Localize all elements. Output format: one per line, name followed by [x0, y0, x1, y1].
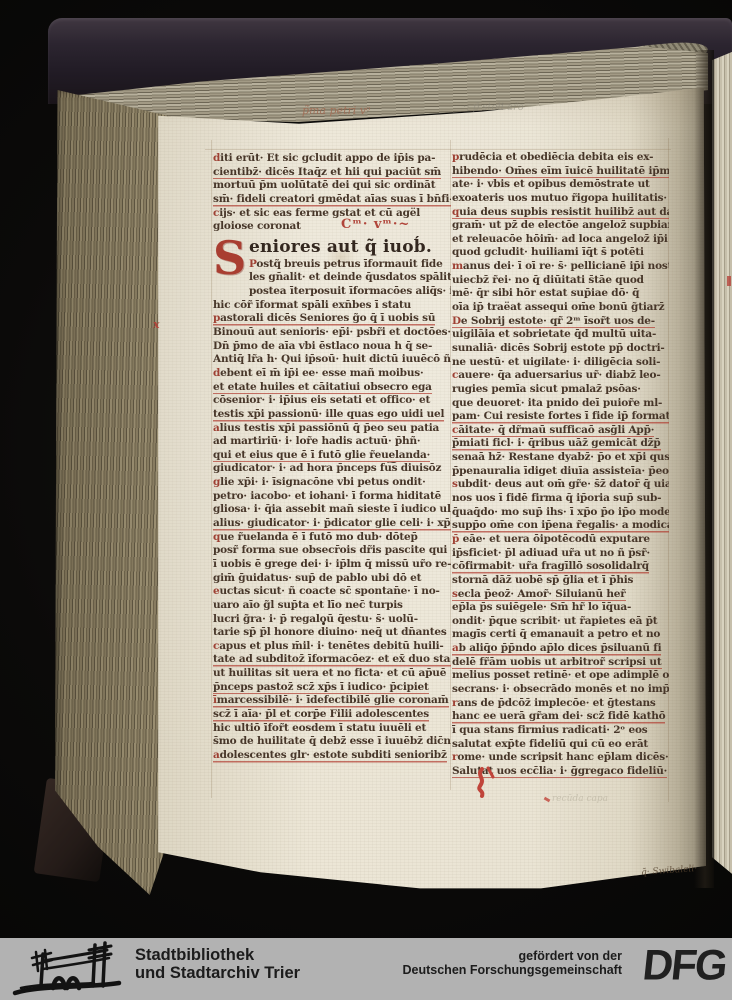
library-name: Stadtbibliothek und Stadtarchiv Trier — [135, 946, 300, 982]
manuscript-text-line: cauere· q̄a aduersarius ur̃· diabz̄ leo- — [452, 369, 669, 383]
manuscript-text-line: hic cōr̃ īformat spāli exn̄bes ī statu — [213, 299, 451, 313]
ink-speck — [656, 932, 660, 936]
manuscript-text-line: scz̄ ī aīa· p̄l et corp̄e Filii adolesce… — [213, 708, 451, 722]
manuscript-text-line: tarie sp̄ p̄l honore diuino· neq̄ ut dn̄… — [213, 626, 451, 640]
manuscript-text-line: petro· iacobo· et ioh̄ani· ī forma h̄idi… — [213, 490, 451, 504]
ruling-line-vertical — [211, 140, 212, 798]
manuscript-text-line: p̄miati ficl· i· q̄ribus uāz̄ gemicāt̄ d… — [452, 437, 669, 451]
manuscript-text-line: adolescentes gl̄r· estote subditi senior… — [213, 749, 451, 763]
showthrough-annotation: ·: p̃ stoli ar̃o — [463, 102, 524, 113]
manuscript-text-line: cōfirmabit̄· ur̃a fragīllō sosolidalrq̄ — [452, 560, 669, 574]
manuscript-text-line: mē· q̄r sibi hōr estat sup̄iae dō· q̄ — [452, 287, 669, 301]
manuscript-text-line: diti erūt· Et sic gcludit appo de ip̄is … — [213, 152, 451, 166]
manuscript-text-line: tate ad subditoz̄ īformacōez· et ex̄ duo… — [213, 653, 451, 667]
red-flourish-mark — [472, 766, 518, 804]
manuscript-text-line: gl̄ie xp̄i· i· īsignacōne vbi petus ondi… — [213, 476, 451, 490]
funding-credit: gefördert von der Deutschen Forschungsge… — [403, 950, 623, 977]
manuscript-text-line: mortuū p̄m uolūtatē dei qui sic ordināt — [213, 179, 451, 193]
manuscript-text-line: cōsenior· i· ip̄ius eis setati et offico… — [213, 394, 451, 408]
manuscript-text-line: et etate h̄uiles et cāitatiui obsecro eg… — [213, 381, 451, 395]
manuscript-text-line: pam· Cui resiste fortes ī fide ip̄ forma… — [452, 410, 669, 424]
funding-credit-line1: gefördert von der — [403, 950, 623, 964]
manuscript-text-line: oīa ip̄ traëat assequi om̄e bonū g̃tiarz… — [452, 301, 669, 315]
manuscript-text-line: uaro aīo g̃l sup̄ta et līo nec̄ turpis — [213, 599, 451, 613]
header-annotation: p̃ma petri vᵒ — [302, 104, 370, 117]
manuscript-text-line: rome· unde scripsit hanc ep̄lam dicēs· — [452, 751, 669, 765]
manuscript-text-line: gl̄iosa· i· q̄ia assebit man̄ sieste ī i… — [213, 503, 451, 517]
manuscript-text-line: rans de p̄dcōz̄ implecōe· et ḡtestans — [452, 697, 669, 711]
manuscript-text-line: posr̃ forma sue obsecr̄ois dr̃is pascite… — [213, 544, 451, 558]
library-name-line2: und Stadtarchiv Trier — [135, 964, 300, 982]
left-column-body: S eniores aut q̃ iuob́. Postq̃ breuis pe… — [213, 236, 451, 763]
manuscript-text-line: uigilāia et sobrietate q̄d multū uita- — [452, 328, 669, 342]
manuscript-text-line: capus et plus m̄il· i· tenētes debitū h̄… — [213, 640, 451, 654]
manuscript-text-line: ī qua stans firmius radicati· 2ᵒ eos — [452, 724, 669, 738]
manuscript-text-line: les gn̄alit· et deinde q̄usdatos spālit … — [249, 271, 451, 285]
manuscript-text-line: pastorali dicēs Seniores g̃o q̄ ī uobis … — [213, 312, 451, 326]
manuscript-text-line: hic ultiō īfor̃t eosdem ī statu iuuēli e… — [213, 722, 451, 736]
manuscript-text-line: magīs certi q̄ emanauit̄ a petro et no — [452, 628, 669, 642]
left-column-lines: Postq̃ breuis petrus īformauit fideles g… — [213, 258, 451, 763]
manuscript-text-line: gim̄ ḡuidatus· sup̄ de pab́lo ubi dō et — [213, 572, 451, 586]
decorated-initial: S — [213, 236, 249, 286]
manuscript-text-line: testis xp̄i passionū· ille quas ego uidi… — [213, 408, 451, 422]
book-gutter-shadow — [694, 50, 714, 888]
chapter-rubric: Cᵐ· vᵐ·~ — [341, 218, 410, 232]
manuscript-photo-viewer: p̃ma petri vᵒ ·: p̃ stoli ar̃o x q̃· Swi… — [0, 0, 732, 1000]
manuscript-text-line: supp̄o om̄e con ip̄ena r̃egalis· a modic… — [452, 519, 669, 533]
stadtbibliothek-trier-logo-icon — [12, 939, 124, 999]
manuscript-text-line: ate· i· vbis et opibus demōstrate ut — [452, 178, 669, 192]
manuscript-text-line: stornā dāz̄ uobē sp̄ ḡlia et ī p̄his — [452, 574, 669, 588]
manuscript-text-line: ne uestū· et uigilate· i· diligēcia soli… — [452, 356, 669, 370]
manuscript-text-line: que r̃uelanda ē ī futō mo dub̄· dōtep̄ — [213, 531, 451, 545]
left-column-intro: diti erūt· Et sic gcludit appo de ip̄is … — [213, 152, 451, 234]
manuscript-text-line: cientibz̄· dicēs Itaq̄z et hii qui paciū… — [213, 166, 451, 180]
manuscript-text-line: prudēcia et obediēcia debita eis ex- — [452, 151, 669, 165]
manuscript-text-line: gram̄· ut pz̄ de electōe angeloz̄ supbia… — [452, 219, 669, 233]
manuscript-text-line: postea īterposuit īformacōes aliq̄s· id̄… — [249, 285, 451, 299]
manuscript-text-line: hanc ee uerā gr̃am dei· scz̄ fidē kathō — [452, 710, 669, 724]
manuscript-text-line: giudicator· i· ad hora p̄nceps fu͠s diui… — [213, 462, 451, 476]
manuscript-text-line: qui et eius que ē ī futō gl̄ie r̃eueland… — [213, 449, 451, 463]
manuscript-text-line: p̄ eāe· et uera ōipotēcodū exputare — [452, 533, 669, 547]
manuscript-text-line: delē fr̃ām uobis ut arbitror̃ scripsi ut — [452, 656, 669, 670]
manuscript-text-line: Antiq̄ lr̃a h̄· Qui ip̄soū· h̄uit dictū … — [213, 353, 451, 367]
manuscript-text-line: ip̄sficiet̄· p̄l adiuad ur̃a ut no ñ p̄s… — [452, 547, 669, 561]
manuscript-text-line: p̄nceps pastoz̄ scz̄ xp̄s ī iudico· p̄ci… — [213, 681, 451, 695]
manuscript-text-line: salutat exp̄te fideliū qui cū eo erāt̄ — [452, 738, 669, 752]
left-text-column: diti erūt· Et sic gcludit appo de ip̄is … — [213, 152, 451, 763]
manuscript-text-line: hibendo· Om̄es eīm īuicē h̄uilitatē ip̄m… — [452, 165, 669, 179]
manuscript-text-line: rugies pemīa sicut pmalaz̄ psōas· — [452, 383, 669, 397]
footer-banner: Stadtbibliothek und Stadtarchiv Trier ge… — [0, 938, 732, 1000]
manuscript-text-line: et releuacōe hōim̄· ad loca angeloz̄ ip̄… — [452, 233, 669, 247]
manuscript-text-line: manus dei· ī oī re· s̄· pellicianē ip̄i … — [452, 260, 669, 274]
manuscript-text-line: ī uobis ē grege dei· i· ip̄lm q̄ missū u… — [213, 558, 451, 572]
manuscript-text-line: ab aliq̄o p̄p̄ndo ap̄lo dices p̄siluanū … — [452, 642, 669, 656]
manuscript-text-line: debent eī m̄ ip̄i ee· esse mañ moibus· — [213, 367, 451, 381]
manuscript-text-line: Binouū aut senioris· ep̄i· psbr̃i et doc… — [213, 326, 451, 340]
manuscript-text-line: exoateris uos mutuo r̃igopa h̄uilitatis· — [452, 192, 669, 206]
manuscript-text-line: sm̄· fideli creatori gmēdat aīas suas ī … — [213, 193, 451, 207]
manuscript-text-line: De Sobrij estote· qr̃ 2ᵐ īsor̃t uos de- — [452, 315, 669, 329]
dfg-logo: DFG — [641, 941, 729, 990]
right-text-column: prudēcia et obediēcia debita eis ex-hibe… — [452, 151, 669, 778]
manuscript-text-line: Dn̄ p̄mo de aīa vbi ēstlaco noua h̄ q̄ s… — [213, 340, 451, 354]
manuscript-text-line: nos uos ī fidē firma q̄ ip̄oria sup̄ sub… — [452, 492, 669, 506]
manuscript-text-line: ondit· p̄que scribit· ut r̃apietes eā p̄… — [452, 615, 669, 629]
manuscript-text-line: subdit· deus aut om̄ gr̃e· s̄z̄ dator̄ q… — [452, 478, 669, 492]
manuscript-text-line: lucri g̃ra· i· p̄ regaloū q̄estu· s̄· uo… — [213, 613, 451, 627]
manuscript-text-line: ep̄la p̄s suiēgele· S̄m̄ hr̃ lo īq̄ua- — [452, 601, 669, 615]
showthrough-footer-note: recūda capa — [552, 794, 608, 804]
manuscript-text-line: uiecbz̄ r̃ei· no q̄ diūitati s̄tāe quod — [452, 274, 669, 288]
manuscript-text-line: alius testis xp̄i passiōnū q̄ p̄eo seu p… — [213, 422, 451, 436]
manuscript-text-line: melius posset̄ retinē· et ope adimplē ob… — [452, 669, 669, 683]
ruling-line-horizontal — [205, 149, 671, 150]
manuscript-text-line: īmarcessibilē· i· īdefectibilē gl̄ie cor… — [213, 694, 451, 708]
manuscript-text-line: q̄uaq̄do· mo sup̄ ihs· ī xp̄o p̄o ip̄o m… — [452, 506, 669, 520]
manuscript-text-line: ad martiriū· i· lor̃e h̄adis actuū· p̄hñ… — [213, 435, 451, 449]
manuscript-text-line: que deuoret· ita pnido deī puior̃e ml̄- — [452, 397, 669, 411]
manuscript-text-line: alius· giudicator· i· p̄dicator gl̄ie ce… — [213, 517, 451, 531]
manuscript-text-line: gloiose coronat — [213, 220, 451, 234]
facing-page-edge — [712, 52, 732, 882]
manuscript-text-line: senaā h̄z̄· Restane dyabz̄· p̄o et xp̄i … — [452, 451, 669, 465]
manuscript-text-line: p̄penauralia īdiget̄ diuīa assisteīa· p̄… — [452, 465, 669, 479]
margin-mark: x — [153, 318, 160, 331]
manuscript-text-line: euctas sicut· ñ coacte sc̄ spontan̄e· ī … — [213, 585, 451, 599]
manuscript-text-line: quod gcludit· h̄uiliami īq̄t s̄ potēti — [452, 246, 669, 260]
right-column-lines: prudēcia et obediēcia debita eis ex-hibe… — [452, 151, 669, 778]
library-name-line1: Stadtbibliothek — [135, 946, 300, 964]
manuscript-text-line: cāitate· q̄ dr̃maū sufficaō asḡli App̄· — [452, 424, 669, 438]
manuscript-text-line: sunaliā· dicēs Sobrij estote pp̄ doctri- — [452, 342, 669, 356]
manuscript-text-line: secrans· i· obsecrādo monēs et no imp̄e- — [452, 683, 669, 697]
funding-credit-line2: Deutschen Forschungsgemeinschaft — [403, 964, 623, 978]
manuscript-text-line: s̄mo de h̄uilitate q̄ debz̄ esse ī iuuēb… — [213, 735, 451, 749]
facing-page-red-mark — [727, 276, 731, 286]
manuscript-text-line: Postq̃ breuis petrus īformauit fide — [249, 258, 451, 272]
manuscript-text-line: cijs· et sic eas ferme gstat et cū agël — [213, 207, 451, 221]
manuscript-text-line: secla p̄eoz̄· Amor̃· Siluianū her̃ — [452, 588, 669, 602]
manuscript-text-line: quia deus supbis resistit h̄uilibz̄ aut … — [452, 206, 669, 220]
incipit-headline: eniores aut q̃ iuob́. — [249, 236, 451, 258]
manuscript-text-line: ut h̄uilitas sit uera et no ficta· et cū… — [213, 667, 451, 681]
